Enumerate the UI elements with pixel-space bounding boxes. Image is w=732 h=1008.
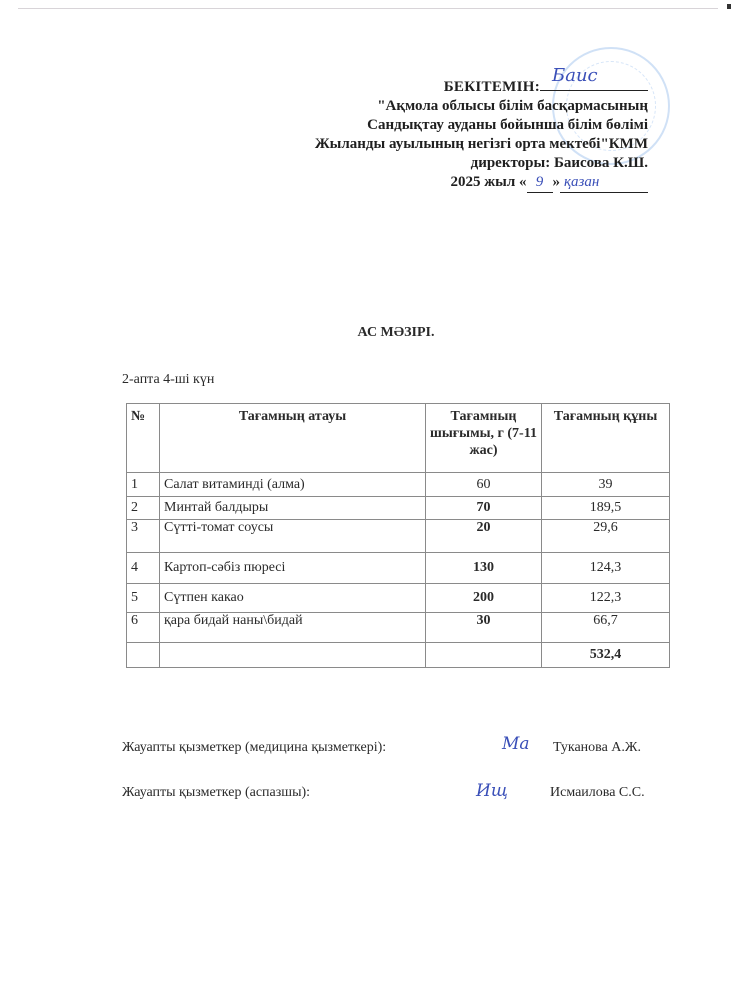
dish-cost: 66,7 (542, 613, 670, 643)
row-number: 5 (127, 584, 160, 613)
document-subtitle: 2-апта 4-ші күн (122, 372, 214, 388)
date-mid: » (553, 174, 561, 190)
table-row: 5 Сүтпен какао 200 122,3 (127, 584, 670, 613)
dish-name: Картоп-сәбіз пюресі (160, 553, 426, 584)
total-empty-cell (127, 643, 160, 668)
dish-cost: 124,3 (542, 553, 670, 584)
approval-line-2: Сандықтау ауданы бойынша білім бөлімі (315, 116, 648, 135)
dish-yield: 70 (426, 497, 542, 520)
responsible-label: Жауапты қызметкер (аспазшы): (122, 785, 310, 801)
dish-name: Сүтті-томат соусы (160, 520, 426, 553)
total-cost: 532,4 (542, 643, 670, 668)
responsible-name: Туканова А.Ж. (553, 740, 641, 756)
responsible-label: Жауапты қызметкер (медицина қызметкері): (122, 740, 386, 756)
approval-line-4: директоры: Баисова К.Ш. (315, 154, 648, 173)
dish-cost: 29,6 (542, 520, 670, 553)
scan-corner-mark (727, 4, 731, 9)
dish-yield: 200 (426, 584, 542, 613)
table-header-row: № Тағамның атауы Тағамның шығымы, г (7-1… (127, 404, 670, 473)
approval-heading: БЕКІТЕМІН:Баис (315, 74, 648, 97)
approval-date: 2025 жыл «9»қазан (315, 173, 648, 193)
medical-signature: Ma (502, 734, 530, 754)
total-empty-cell (160, 643, 426, 668)
director-signature: Баис (552, 66, 598, 85)
total-empty-cell (426, 643, 542, 668)
header-cost: Тағамның құны (542, 404, 670, 473)
row-number: 1 (127, 473, 160, 497)
date-day: 9 (527, 173, 553, 193)
header-dish-name: Тағамның атауы (160, 404, 426, 473)
dish-yield: 130 (426, 553, 542, 584)
approval-line-1: "Ақмола облысы білім басқармасының (315, 97, 648, 116)
approval-block: БЕКІТЕМІН:Баис "Ақмола облысы білім басқ… (315, 74, 648, 193)
table-row: 3 Сүтті-томат соусы 20 29,6 (127, 520, 670, 553)
table-row: 6 қара бидай наны\бидай 30 66,7 (127, 613, 670, 643)
menu-table: № Тағамның атауы Тағамның шығымы, г (7-1… (126, 403, 670, 668)
dish-yield: 20 (426, 520, 542, 553)
dish-yield: 60 (426, 473, 542, 497)
date-month: қазан (560, 173, 648, 193)
date-prefix: 2025 жыл « (450, 174, 526, 190)
approval-line-3: Жыланды ауылының негізгі орта мектебі"КМ… (315, 135, 648, 154)
cook-signature: Ищ (476, 781, 508, 801)
dish-name: Минтай балдыры (160, 497, 426, 520)
approve-title: БЕКІТЕМІН: (444, 79, 540, 95)
responsible-name: Исмаилова С.С. (550, 785, 645, 801)
director-signature-line: Баис (540, 74, 648, 91)
dish-yield: 30 (426, 613, 542, 643)
table-row: 4 Картоп-сәбіз пюресі 130 124,3 (127, 553, 670, 584)
table-row: 2 Минтай балдыры 70 189,5 (127, 497, 670, 520)
document-title: АС МӘЗІРІ. (0, 325, 732, 341)
row-number: 3 (127, 520, 160, 553)
dish-name: Сүтпен какао (160, 584, 426, 613)
dish-cost: 189,5 (542, 497, 670, 520)
dish-cost: 122,3 (542, 584, 670, 613)
row-number: 2 (127, 497, 160, 520)
table-row: 1 Салат витаминді (алма) 60 39 (127, 473, 670, 497)
dish-name: қара бидай наны\бидай (160, 613, 426, 643)
scan-edge-line (18, 8, 718, 9)
dish-name: Салат витаминді (алма) (160, 473, 426, 497)
row-number: 6 (127, 613, 160, 643)
header-yield: Тағамның шығымы, г (7-11 жас) (426, 404, 542, 473)
table-total-row: 532,4 (127, 643, 670, 668)
row-number: 4 (127, 553, 160, 584)
header-number: № (127, 404, 160, 473)
dish-cost: 39 (542, 473, 670, 497)
